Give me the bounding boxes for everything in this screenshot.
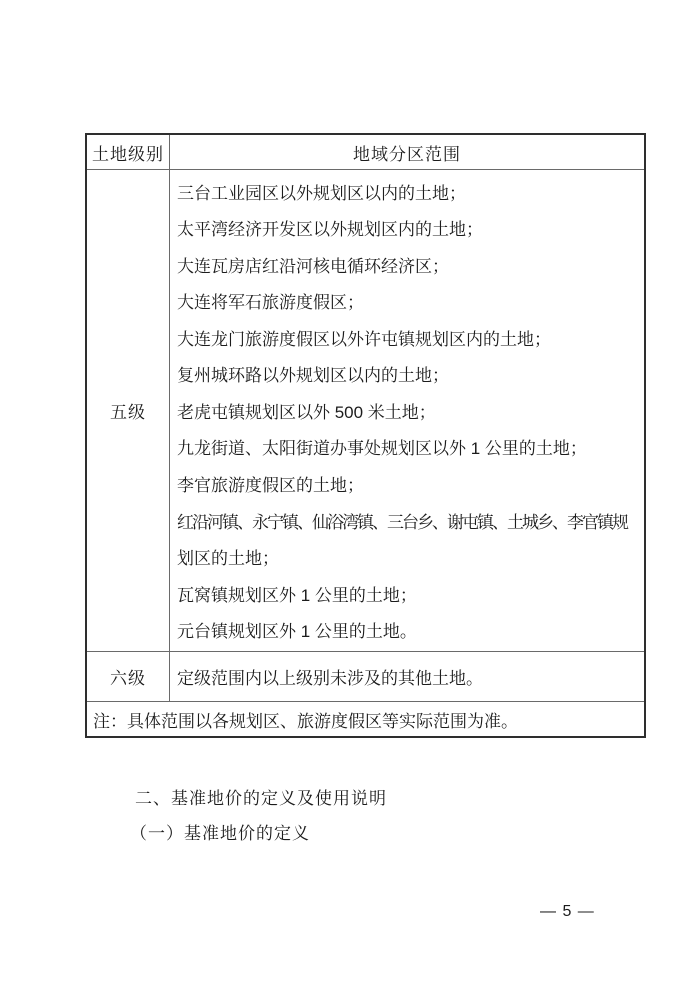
table-line: 划区的土地；: [177, 544, 642, 569]
table-line: 瓦窝镇规划区外 1 公里的土地；: [177, 581, 642, 606]
table-header-range: 地域分区范围: [170, 135, 644, 169]
table-note: 注：具体范围以各规划区、旅游度假区等实际范围为准。: [87, 701, 644, 736]
table-line: 九龙街道、太阳街道办事处规划区以外 1 公里的土地；: [177, 434, 642, 459]
table-line: 大连龙门旅游度假区以外许屯镇规划区内的土地；: [177, 325, 642, 350]
level-6-text: 定级范围内以上级别未涉及的其他土地。: [170, 652, 644, 701]
level-5-lines: 三台工业园区以外规划区以内的土地； 太平湾经济开发区以外规划区内的土地； 大连瓦…: [170, 170, 644, 651]
level-5-range-cell: 三台工业园区以外规划区以内的土地； 太平湾经济开发区以外规划区内的土地； 大连瓦…: [170, 170, 644, 651]
table-line: 老虎屯镇规划区以外 500 米土地；: [177, 398, 642, 423]
table-row-level6: 六级 定级范围内以上级别未涉及的其他土地。: [87, 651, 644, 701]
table-header-row: 土地级别 地域分区范围: [87, 135, 644, 169]
table-line: 李官旅游度假区的土地；: [177, 471, 642, 496]
table-line: 三台工业园区以外规划区以内的土地；: [177, 179, 642, 204]
subsection-heading: （一）基准地价的定义: [130, 819, 310, 844]
table-line: 红沿河镇、永宁镇、仙浴湾镇、三台乡、谢屯镇、土城乡、李官镇规: [177, 508, 642, 533]
document-page: 土地级别 地域分区范围 五级 三台工业园区以外规划区以内的土地； 太平湾经济开发…: [0, 0, 700, 990]
page-number: — 5 —: [540, 903, 595, 921]
table-row-level5: 五级 三台工业园区以外规划区以内的土地； 太平湾经济开发区以外规划区内的土地； …: [87, 169, 644, 651]
table-line: 太平湾经济开发区以外规划区内的土地；: [177, 215, 642, 240]
land-grade-table: 土地级别 地域分区范围 五级 三台工业园区以外规划区以内的土地； 太平湾经济开发…: [85, 133, 646, 738]
table-line: 元台镇规划区外 1 公里的土地。: [177, 617, 642, 642]
level-5-label: 五级: [87, 170, 170, 651]
section-heading: 二、基准地价的定义及使用说明: [135, 784, 387, 809]
table-line: 大连瓦房店红沿河核电循环经济区；: [177, 252, 642, 277]
table-line: 大连将军石旅游度假区；: [177, 288, 642, 313]
table-header-level: 土地级别: [87, 135, 170, 169]
table-line: 复州城环路以外规划区以内的土地；: [177, 361, 642, 386]
level-6-label: 六级: [87, 652, 170, 701]
